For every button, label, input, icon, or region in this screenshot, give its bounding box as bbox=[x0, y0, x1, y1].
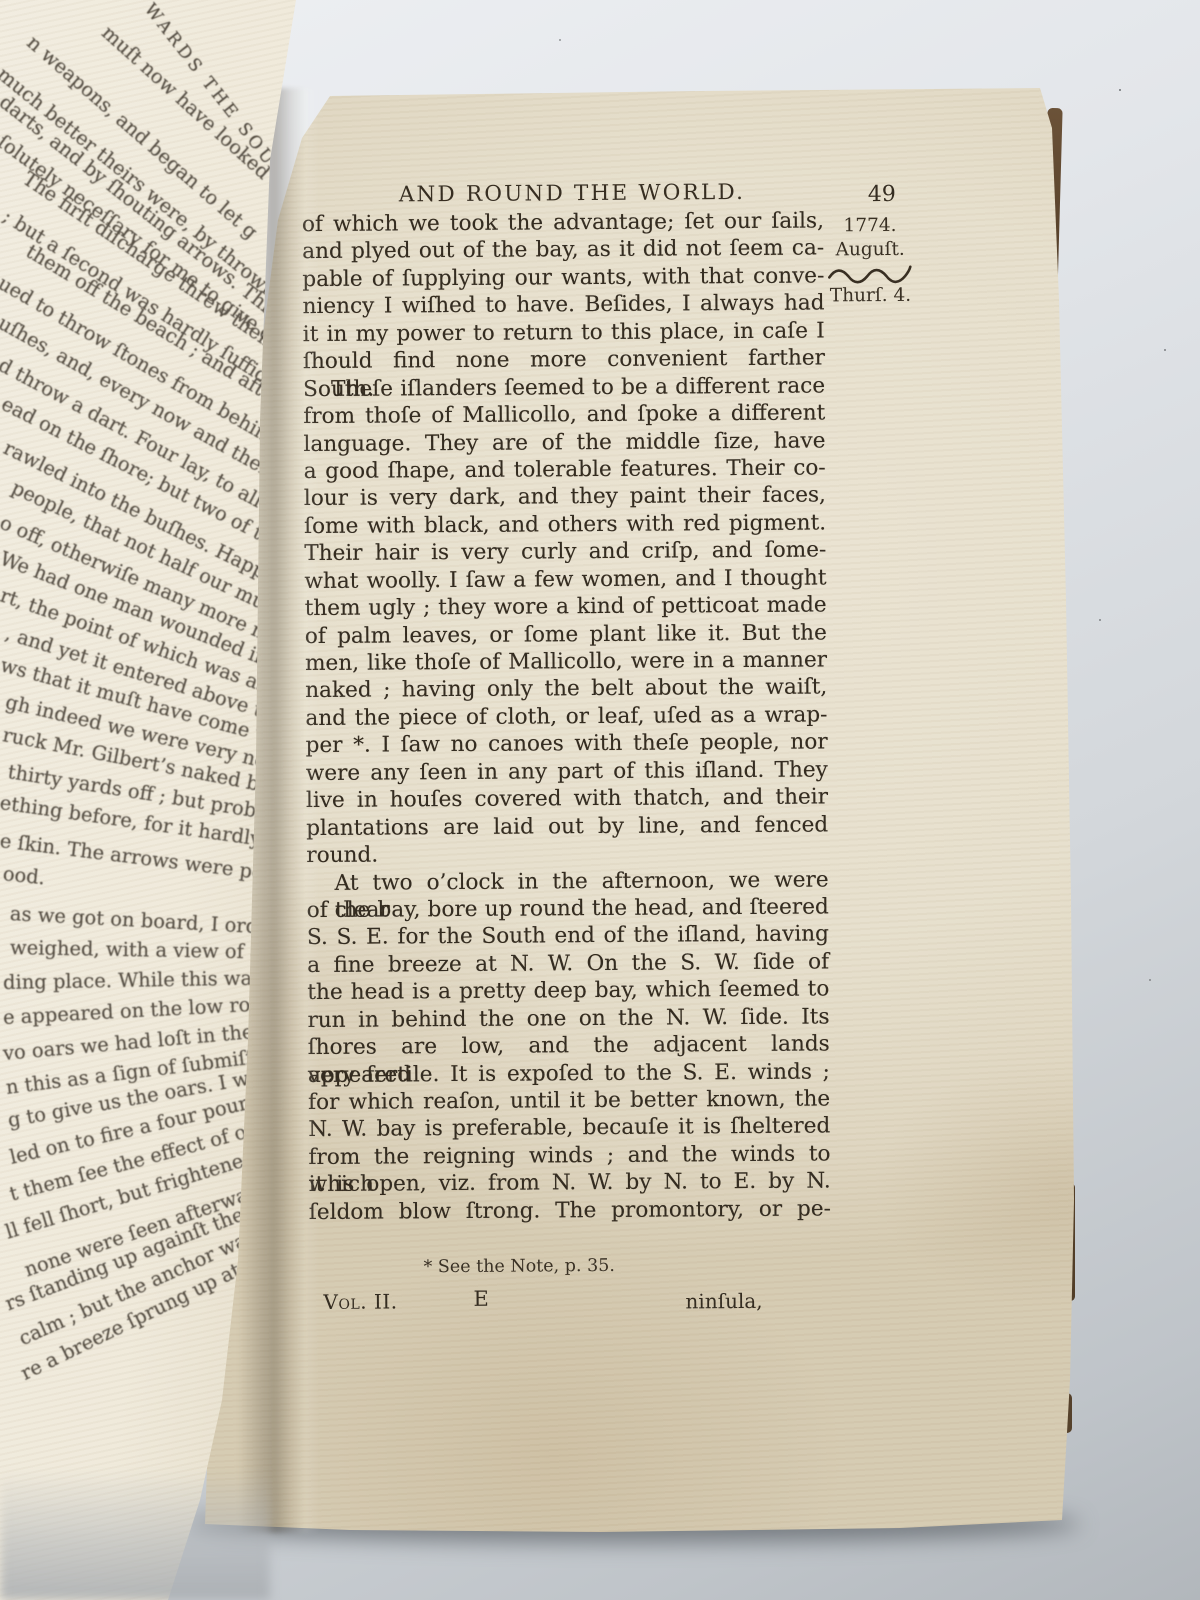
body-line: and plyed out of the bay, as it did not … bbox=[302, 235, 824, 266]
body-line: of which we took the advantage; ſet our … bbox=[302, 207, 824, 238]
body-line: lour is very dark, and they paint their … bbox=[304, 482, 826, 513]
body-line: ſome with black, and others with red pig… bbox=[304, 509, 826, 540]
body-line: Their hair is very curly and criſp, and … bbox=[304, 537, 826, 568]
body-line: run in behind the one on the N. W. ſide.… bbox=[307, 1003, 829, 1034]
body-line: plantations are laid out by line, and fe… bbox=[306, 811, 828, 842]
month-flourish-icon bbox=[826, 264, 914, 285]
margin-note-day: Thurſ. 4. bbox=[822, 284, 918, 309]
body-line: of the bay, bore up round the head, and … bbox=[307, 893, 829, 924]
gathering-letter: E bbox=[473, 1287, 489, 1311]
margin-note-month: Auguſt. bbox=[822, 238, 918, 263]
body-line: S. S. E. for the South end of the iſland… bbox=[307, 921, 829, 952]
running-head: AND ROUND THE WORLD. bbox=[399, 180, 719, 207]
left-page-line: ood. bbox=[2, 862, 46, 889]
body-line: of palm leaves, or ſome plant like it. B… bbox=[305, 619, 827, 650]
body-line: very fertile. It is expoſed to the S. E.… bbox=[308, 1058, 830, 1089]
body-line: the head is a pretty deep bay, which ſee… bbox=[307, 976, 829, 1007]
body-line: language. They are of the middle ſize, h… bbox=[303, 427, 825, 458]
body-line: ſhores are low, and the adjacent lands a… bbox=[308, 1031, 830, 1062]
body-line: naked ; having only the belt about the w… bbox=[305, 674, 827, 705]
body-line: pable of ſupplying our wants, with that … bbox=[302, 262, 824, 293]
body-line: niency I wiſhed to have. Beſides, I alwa… bbox=[302, 290, 824, 321]
body-line: were any ſeen in any part of this iſland… bbox=[306, 756, 828, 787]
footnote: * See the Note, p. 35. bbox=[309, 1255, 729, 1278]
body-line: N. W. bay is preferable, becauſe it is ſ… bbox=[308, 1113, 830, 1144]
photo-backdrop: AND ROUND THE WORLD. 49 1774. Auguſt. Th… bbox=[0, 0, 1200, 1600]
body-line: ſeldom blow ſtrong. The promontory, or p… bbox=[309, 1195, 831, 1226]
body-line: for which reaſon, until it be better kno… bbox=[308, 1085, 830, 1116]
body-line: what woolly. I ſaw a few women, and I th… bbox=[304, 564, 826, 595]
body-line: from thoſe of Mallicollo, and ſpoke a di… bbox=[303, 399, 825, 430]
body-line: At two o’clock in the afternoon, we were… bbox=[306, 866, 828, 897]
body-line: from the reigning winds ; and the winds … bbox=[308, 1140, 830, 1171]
body-line: per *. I ſaw no canoes with theſe people… bbox=[306, 729, 828, 760]
margin-note: 1774. Auguſt. Thurſ. 4. bbox=[822, 214, 919, 309]
body-line: live in houſes covered with thatch, and … bbox=[306, 784, 828, 815]
page-number: 49 bbox=[868, 182, 896, 207]
body-text: of which we took the advantage; ſet our … bbox=[302, 207, 831, 1226]
body-line: them ugly ; they wore a kind of petticoa… bbox=[305, 592, 827, 623]
body-line: and the piece of cloth, or leaf, uſed as… bbox=[305, 701, 827, 732]
volume-label: Vol. II. bbox=[323, 1289, 397, 1314]
body-line: men, like thoſe of Mallicollo, were in a… bbox=[305, 646, 827, 677]
body-line: it in my power to return to this place, … bbox=[303, 317, 825, 348]
body-line: it is open, viz. from N. W. by N. to E. … bbox=[309, 1168, 831, 1199]
margin-note-year: 1774. bbox=[822, 214, 918, 239]
body-line: a fine breeze at N. W. On the S. W. ſide… bbox=[307, 948, 829, 979]
body-line: Theſe iſlanders ſeemed to be a different… bbox=[303, 372, 825, 403]
body-line: round. bbox=[306, 838, 828, 869]
catchword: ninſula, bbox=[685, 1289, 762, 1314]
body-line: a good ſhape, and tolerable features. Th… bbox=[304, 454, 826, 485]
body-line: ſhould find none more convenient farther… bbox=[303, 345, 825, 376]
